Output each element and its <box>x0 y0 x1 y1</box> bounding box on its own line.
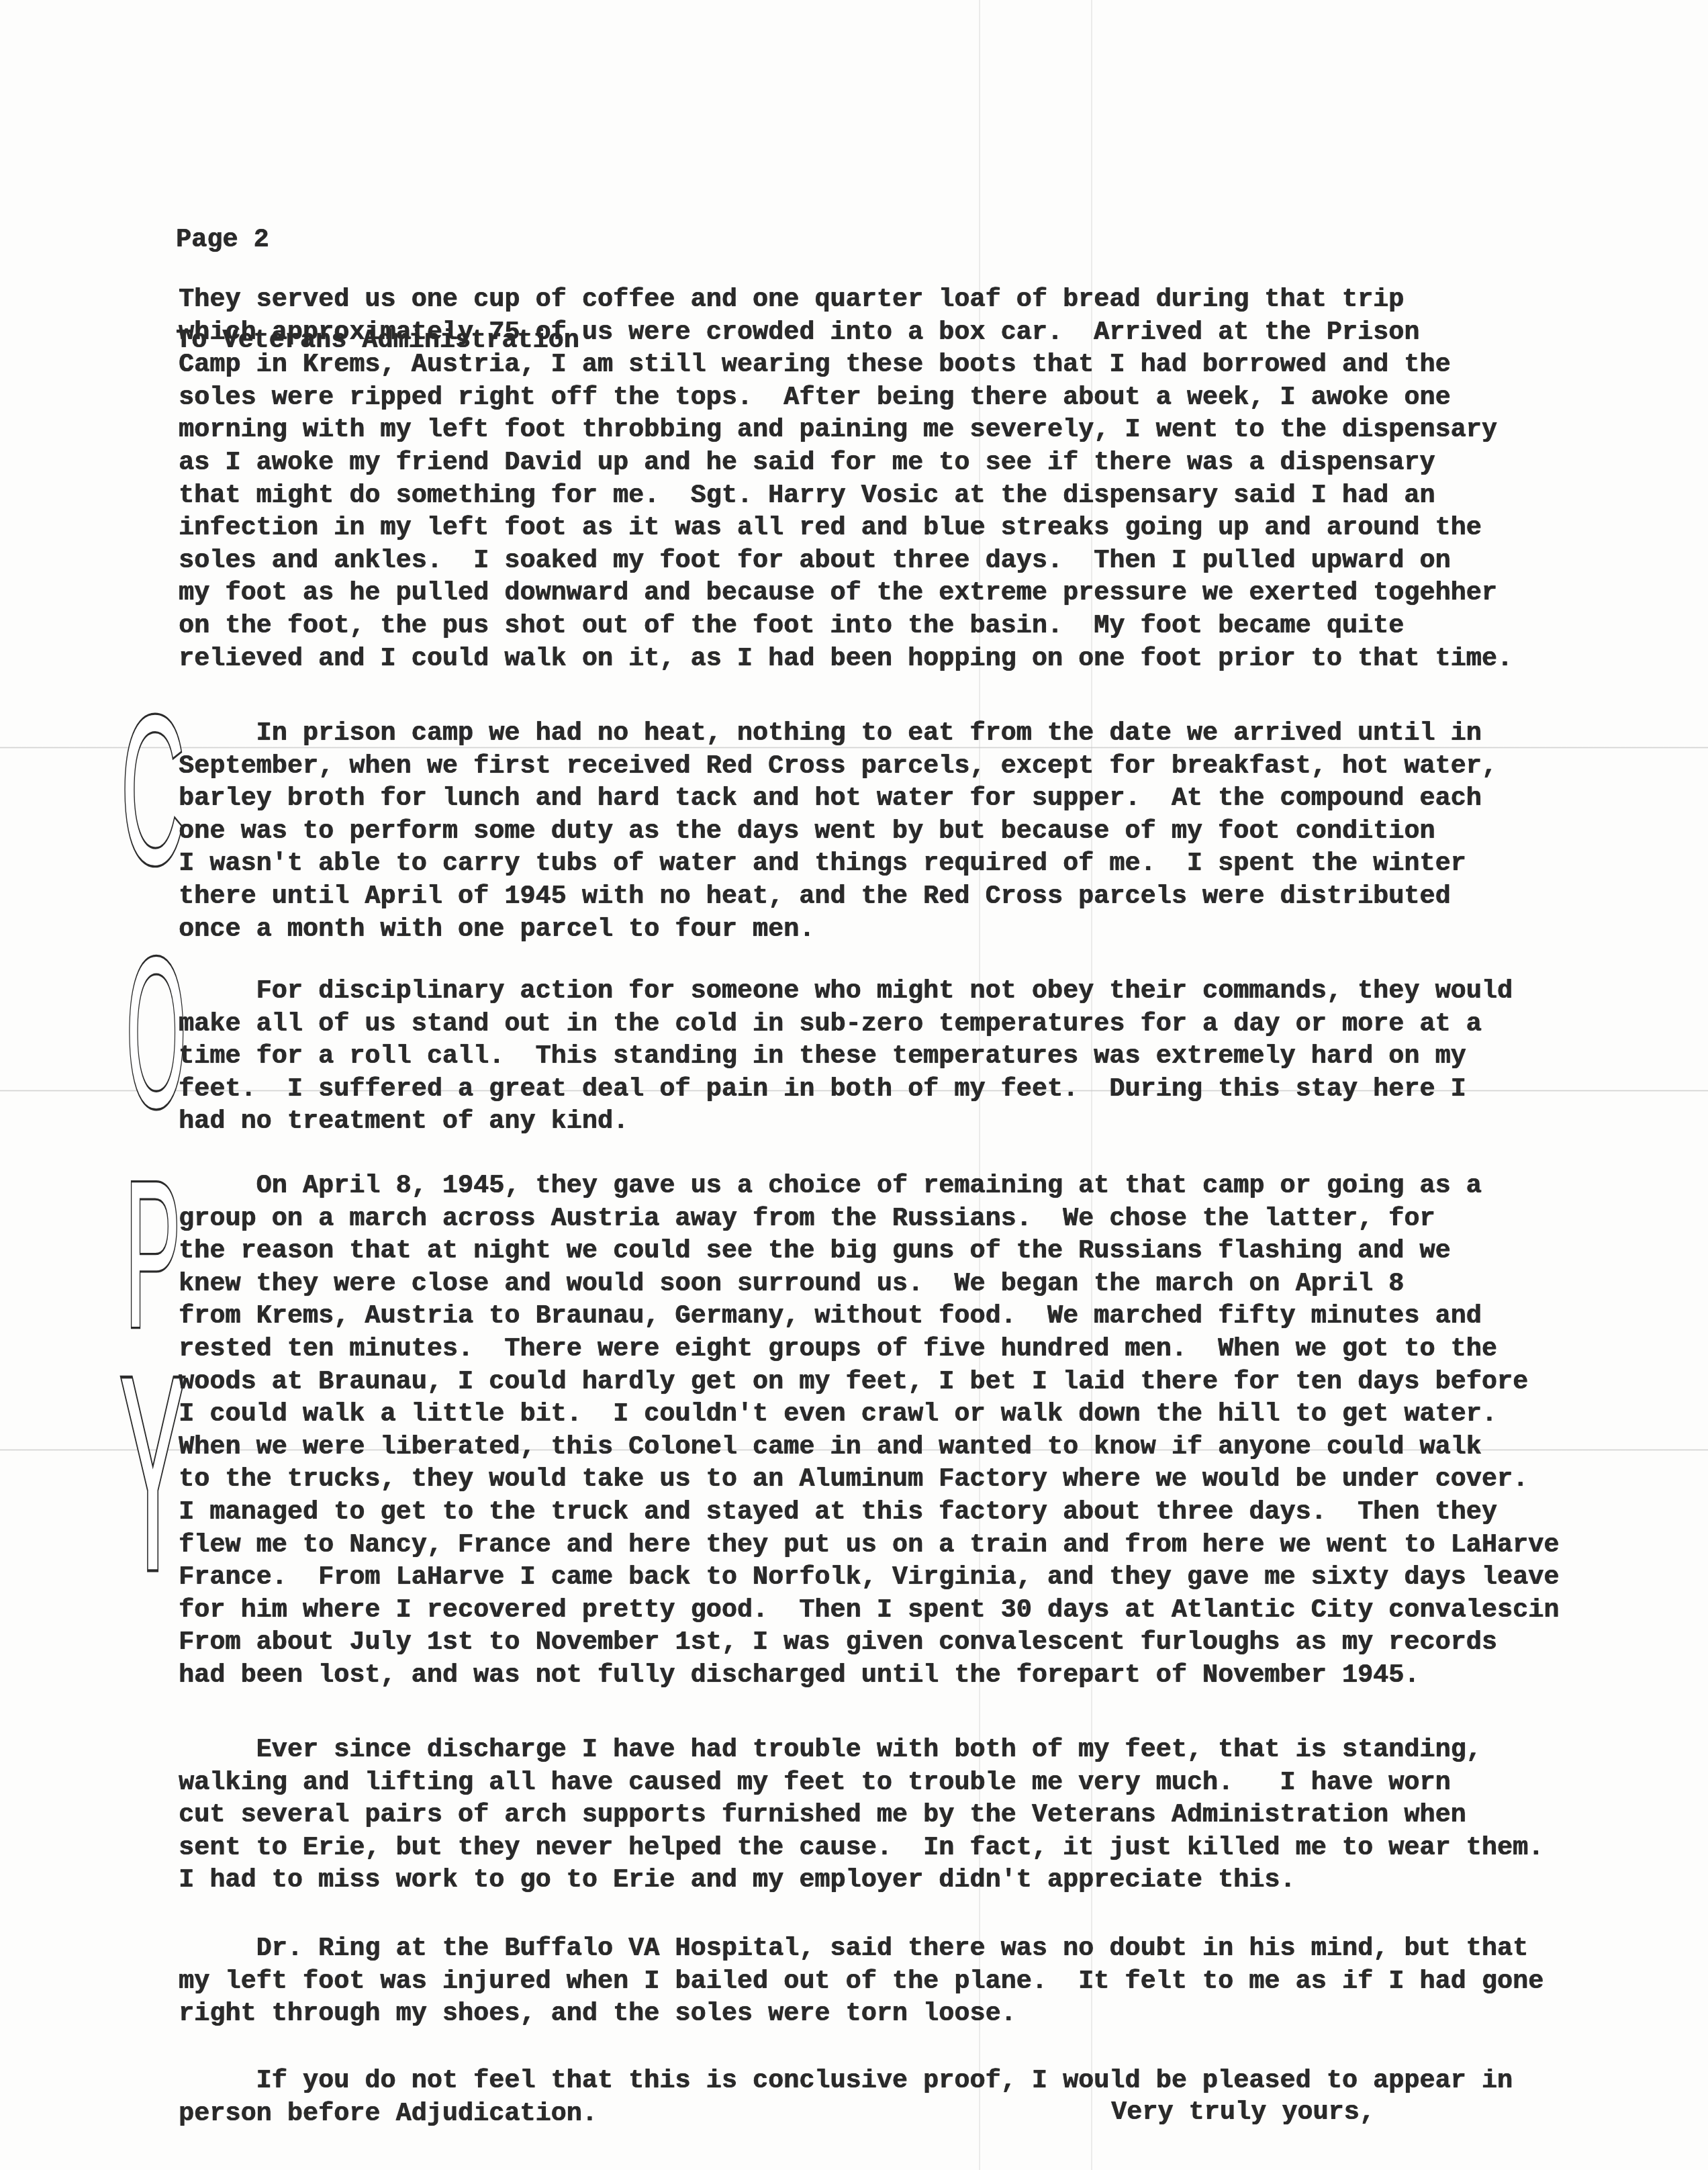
text-line: make all of us stand out in the cold in … <box>179 1008 1513 1041</box>
text-line: rested ten minutes. There were eight gro… <box>179 1333 1559 1366</box>
text-line: which approximately 75 of us were crowde… <box>179 316 1513 349</box>
text-line: to the trucks, they would take us to an … <box>179 1463 1559 1496</box>
page-label: Page 2 <box>176 223 579 256</box>
text-line: right through my shoes, and the soles we… <box>179 1997 1544 2030</box>
text-line: time for a roll call. This standing in t… <box>179 1040 1513 1073</box>
copy-stamp-letter-y: Y <box>120 1335 186 1612</box>
text-line: for him where I recovered pretty good. T… <box>179 1594 1559 1627</box>
text-line: Camp in Krems, Austria, I am still weari… <box>179 348 1513 381</box>
text-line: the reason that at night we could see th… <box>179 1235 1559 1268</box>
text-line: They served us one cup of coffee and one… <box>179 283 1513 316</box>
text-line: my foot as he pulled downward and becaus… <box>179 577 1513 610</box>
text-line: For disciplinary action for someone who … <box>179 975 1513 1008</box>
text-line: September, when we first received Red Cr… <box>179 750 1497 783</box>
text-line: I managed to get to the truck and stayed… <box>179 1496 1559 1529</box>
text-line: woods at Braunau, I could hardly get on … <box>179 1366 1559 1399</box>
text-line: flew me to Nancy, France and here they p… <box>179 1529 1559 1562</box>
text-line: had no treatment of any kind. <box>179 1105 1513 1138</box>
text-line: Dr. Ring at the Buffalo VA Hospital, sai… <box>179 1932 1544 1965</box>
text-line: barley broth for lunch and hard tack and… <box>179 782 1497 815</box>
text-line: sent to Erie, but they never helped the … <box>179 1832 1544 1865</box>
text-line: In prison camp we had no heat, nothing t… <box>179 717 1497 750</box>
closing-salutation: Very truly yours, <box>1111 2097 1375 2127</box>
text-line: had been lost, and was not fully dischar… <box>179 1659 1559 1692</box>
text-line: From about July 1st to November 1st, I w… <box>179 1626 1559 1659</box>
text-line: from Krems, Austria to Braunau, Germany,… <box>179 1300 1559 1333</box>
text-line: infection in my left foot as it was all … <box>179 512 1513 545</box>
text-line: once a month with one parcel to four men… <box>179 913 1497 946</box>
text-line: When we were liberated, this Colonel cam… <box>179 1431 1559 1464</box>
text-line: as I awoke my friend David up and he sai… <box>179 446 1513 479</box>
paragraph-disciplinary-action: For disciplinary action for someone who … <box>179 975 1513 1138</box>
text-line: walking and lifting all have caused my f… <box>179 1766 1544 1799</box>
text-line: I had to miss work to go to Erie and my … <box>179 1864 1544 1897</box>
paragraph-dr-ring: Dr. Ring at the Buffalo VA Hospital, sai… <box>179 1932 1544 2030</box>
paragraph-no-heat: In prison camp we had no heat, nothing t… <box>179 717 1497 945</box>
paragraph-march-and-liberation: On April 8, 1945, they gave us a choice … <box>179 1170 1559 1692</box>
text-line: If you do not feel that this is conclusi… <box>179 2065 1513 2097</box>
copy-stamp-letter-c: C <box>121 683 185 896</box>
text-line: soles and ankles. I soaked my foot for a… <box>179 545 1513 577</box>
text-line: that might do something for me. Sgt. Har… <box>179 479 1513 512</box>
text-line: On April 8, 1945, they gave us a choice … <box>179 1170 1559 1202</box>
text-line: morning with my left foot throbbing and … <box>179 414 1513 446</box>
text-line: knew they were close and would soon surr… <box>179 1268 1559 1301</box>
text-line: Ever since discharge I have had trouble … <box>179 1734 1544 1766</box>
text-line: relieved and I could walk on it, as I ha… <box>179 643 1513 675</box>
text-line: on the foot, the pus shot out of the foo… <box>179 610 1513 643</box>
text-line: my left foot was injured when I bailed o… <box>179 1965 1544 1998</box>
text-line: I could walk a little bit. I couldn't ev… <box>179 1398 1559 1431</box>
text-line: there until April of 1945 with no heat, … <box>179 880 1497 913</box>
paragraph-since-discharge: Ever since discharge I have had trouble … <box>179 1734 1544 1897</box>
scanned-letter-page: Page 2 To Veterans Administration C O P … <box>0 0 1708 2170</box>
text-line: soles were ripped right off the tops. Af… <box>179 381 1513 414</box>
copy-stamp-letter-o: O <box>126 925 187 1139</box>
text-line: I wasn't able to carry tubs of water and… <box>179 847 1497 880</box>
text-line: France. From LaHarve I came back to Norf… <box>179 1561 1559 1594</box>
text-line: cut several pairs of arch supports furni… <box>179 1799 1544 1832</box>
text-line: group on a march across Austria away fro… <box>179 1202 1559 1235</box>
text-line: one was to perform some duty as the days… <box>179 815 1497 848</box>
text-line: feet. I suffered a great deal of pain in… <box>179 1073 1513 1106</box>
paragraph-boxcar-and-prison-camp: They served us one cup of coffee and one… <box>179 283 1513 675</box>
